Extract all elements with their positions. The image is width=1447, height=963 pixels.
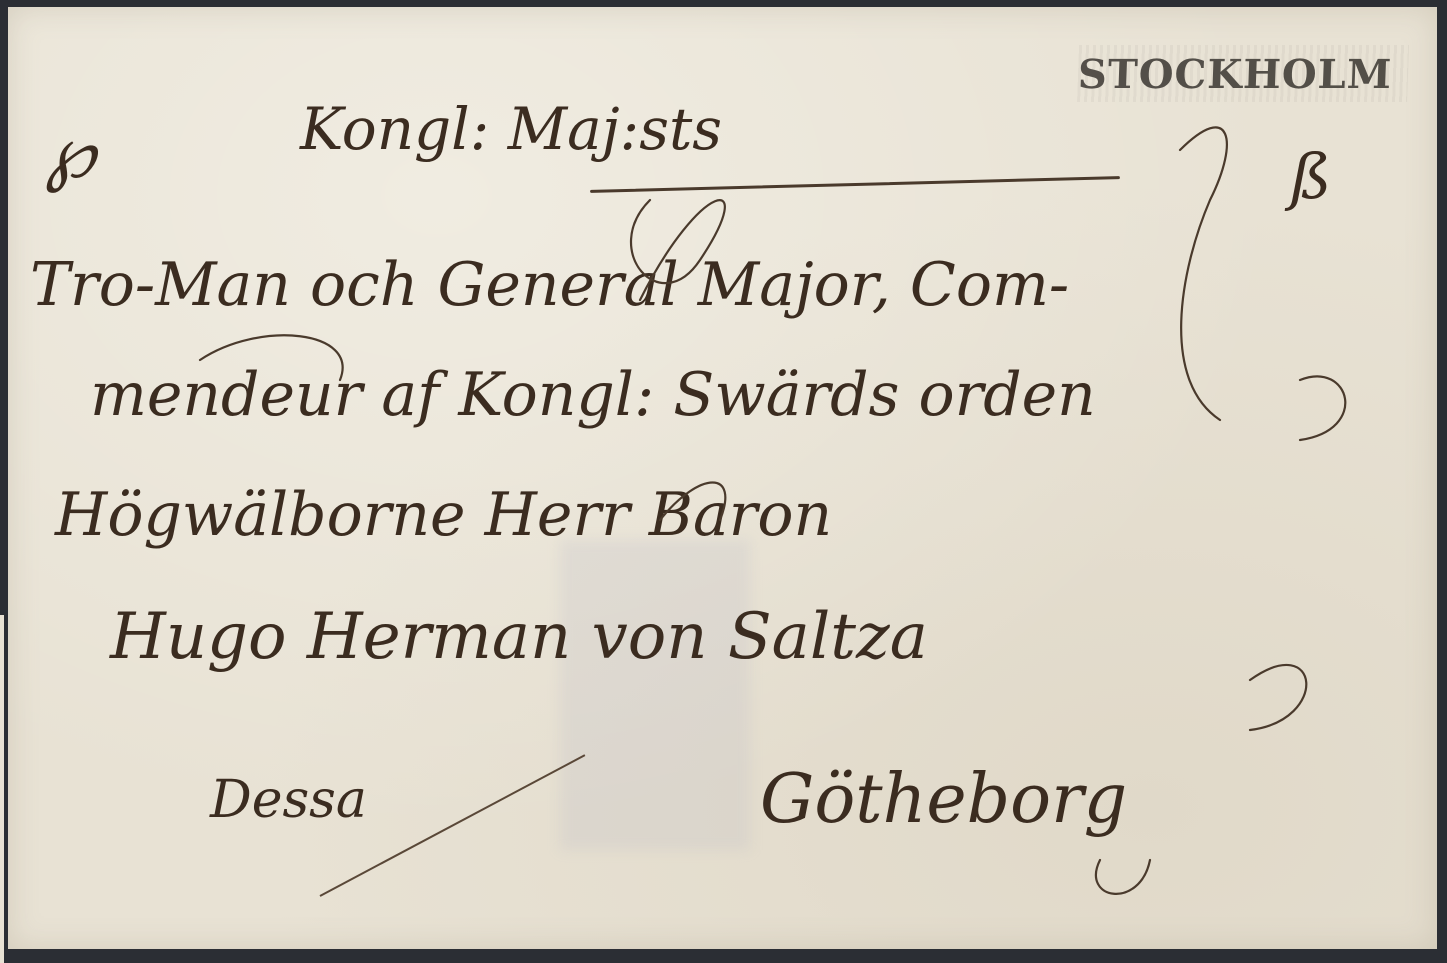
corner-mark-top-left: ℘: [45, 110, 95, 194]
corner-mark-top-right: ß: [1290, 140, 1331, 213]
address-line-5: Hugo Herman von Saltza: [110, 600, 928, 674]
paper-stain: [560, 540, 750, 850]
address-line-2: Tro-Man och General Major, Com-: [30, 250, 1069, 320]
address-line-6: Dessa: [210, 770, 367, 830]
address-line-3: mendeur af Kongl: Swärds orden: [90, 360, 1096, 430]
postmark-stamp: STOCKHOLM: [1077, 40, 1419, 110]
paper-edge: [0, 615, 4, 963]
address-line-4: Högwälborne Herr Baron: [55, 480, 832, 550]
address-line-7: Götheborg: [760, 760, 1127, 839]
address-line-1: Kongl: Maj:sts: [300, 95, 722, 163]
